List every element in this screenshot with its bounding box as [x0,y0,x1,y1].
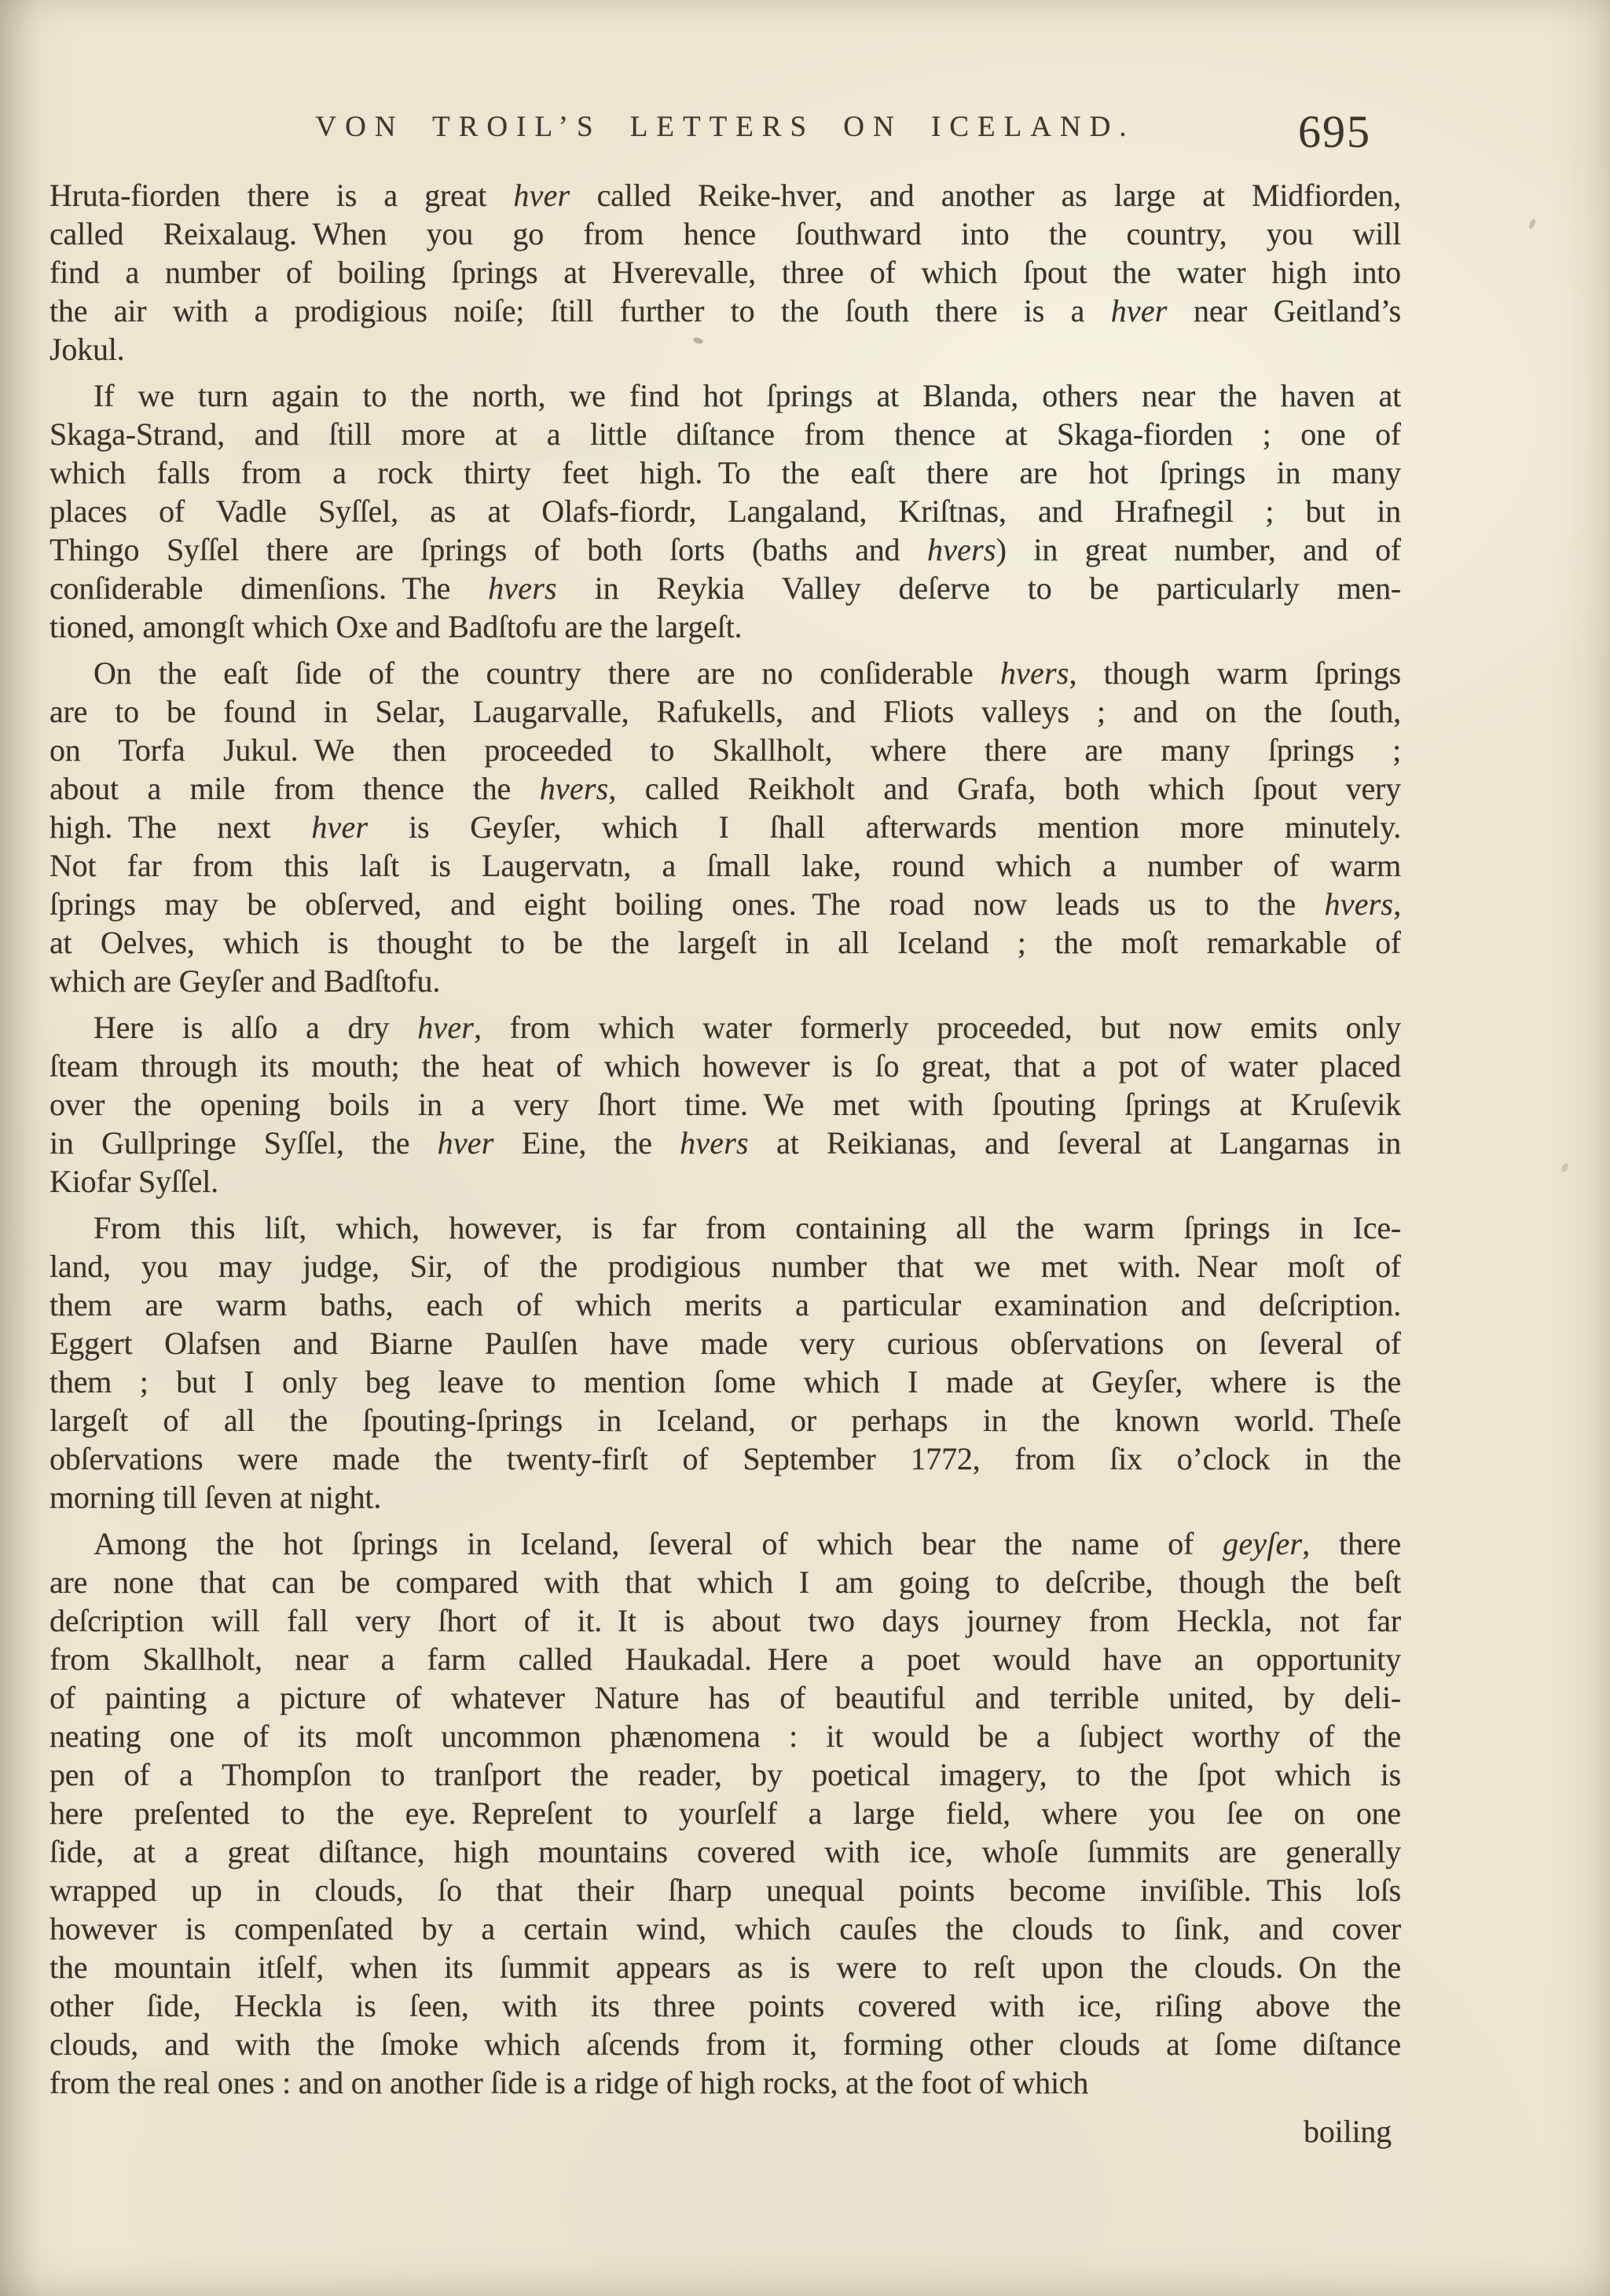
text-line: places of Vadle Syſſel, as at Olafs-fior… [50,492,1401,530]
text-line: high. The next hver is Geyſer, which I ſ… [50,808,1401,846]
text-line: ſteam through its mouth; the heat of whi… [50,1047,1401,1085]
catchword: boiling [1304,2114,1392,2149]
text-line: neating one of its moſt uncommon phænome… [50,1717,1401,1755]
text-line: morning till ſeven at night. [50,1478,1401,1517]
text-line: tioned, amongſt which Oxe and Badſtofu a… [50,607,1401,646]
text-line: about a mile from thence the hvers, call… [50,769,1401,808]
text-line: the mountain itſelf, when its ſummit app… [50,1948,1401,1986]
text-line: over the opening boils in a very ſhort t… [50,1085,1401,1124]
text-line: are to be found in Selar, Laugarvalle, R… [50,692,1401,731]
text-line: here preſented to the eye. Repreſent to … [50,1794,1401,1832]
text-line: the air with a prodigious noiſe; ſtill f… [50,292,1401,330]
text-line: land, you may judge, Sir, of the prodigi… [50,1247,1401,1286]
paragraph: On the eaſt ſide of the country there ar… [50,654,1401,1000]
text-line: Not far from this laſt is Laugervatn, a … [50,846,1401,885]
text-line: Eggert Olafsen and Biarne Paulſen have m… [50,1324,1401,1363]
text-line: ſide, at a great diſtance, high mountain… [50,1832,1401,1871]
ink-speck [1527,218,1536,229]
ink-speck [1560,1162,1569,1173]
text-line: clouds, and with the ſmoke which aſcends… [50,2025,1401,2063]
text-line: them are warm baths, each of which merit… [50,1286,1401,1324]
catchword-row: boiling [50,2113,1401,2150]
text-line: them ; but I only beg leave to mention ſ… [50,1363,1401,1401]
text-line: Here is alſo a dry hver, from which wate… [50,1008,1401,1047]
text-line: Kiofar Syſſel. [50,1162,1401,1201]
text-line: Skaga-Strand, and ſtill more at a little… [50,415,1401,453]
text-line: which falls from a rock thirty feet high… [50,453,1401,492]
text-line: On the eaſt ſide of the country there ar… [50,654,1401,692]
text-line: obſervations were made the twenty-firſt … [50,1440,1401,1478]
paragraph: If we turn again to the north, we find h… [50,376,1401,646]
paragraph: Among the hot ſprings in Iceland, ſevera… [50,1524,1401,2102]
page-number: 695 [1298,105,1371,158]
text-line: wrapped up in clouds, ſo that their ſhar… [50,1871,1401,1909]
text-line: ſprings may be obſerved, and eight boili… [50,885,1401,923]
text-line: called Reixalaug. When you go from hence… [50,215,1401,253]
running-head: VON TROIL’S LETTERS ON ICELAND. 695 [50,110,1401,165]
text-line: conſiderable dimenſions. The hvers in Re… [50,569,1401,607]
text-line: of painting a picture of whatever Nature… [50,1678,1401,1717]
text-line: at Oelves, which is thought to be the la… [50,923,1401,962]
paragraph: Here is alſo a dry hver, from which wate… [50,1008,1401,1201]
paragraph: From this liſt, which, however, is far f… [50,1209,1401,1517]
book-page: VON TROIL’S LETTERS ON ICELAND. 695 Hrut… [0,0,1610,2296]
text-line: Hruta-fiorden there is a great hver call… [50,176,1401,215]
text-line: From this liſt, which, however, is far f… [50,1209,1401,1247]
text-line: from Skallholt, near a farm called Hauka… [50,1640,1401,1678]
page-body: Hruta-fiorden there is a great hver call… [50,176,1401,2150]
text-line: from the real ones : and on another ſide… [50,2063,1401,2102]
text-line: in Gullpringe Syſſel, the hver Eine, the… [50,1124,1401,1162]
paragraph: Hruta-fiorden there is a great hver call… [50,176,1401,369]
text-line: find a number of boiling ſprings at Hver… [50,253,1401,292]
text-line: pen of a Thompſon to tranſport the reade… [50,1755,1401,1794]
text-line: Thingo Syſſel there are ſprings of both … [50,530,1401,569]
text-line: largeſt of all the ſpouting-ſprings in I… [50,1401,1401,1440]
text-line: are none that can be compared with that … [50,1563,1401,1601]
text-line: on Torfa Jukul. We then proceeded to Ska… [50,731,1401,769]
text-line: Jokul. [50,330,1401,369]
text-line: which are Geyſer and Badſtofu. [50,962,1401,1000]
text-line: however is compenſated by a certain wind… [50,1909,1401,1948]
text-line: deſcription will fall very ſhort of it. … [50,1601,1401,1640]
page-title: VON TROIL’S LETTERS ON ICELAND. [50,110,1401,144]
text-line: If we turn again to the north, we find h… [50,376,1401,415]
text-line: Among the hot ſprings in Iceland, ſevera… [50,1524,1401,1563]
text-line: other ſide, Heckla is ſeen, with its thr… [50,1986,1401,2025]
